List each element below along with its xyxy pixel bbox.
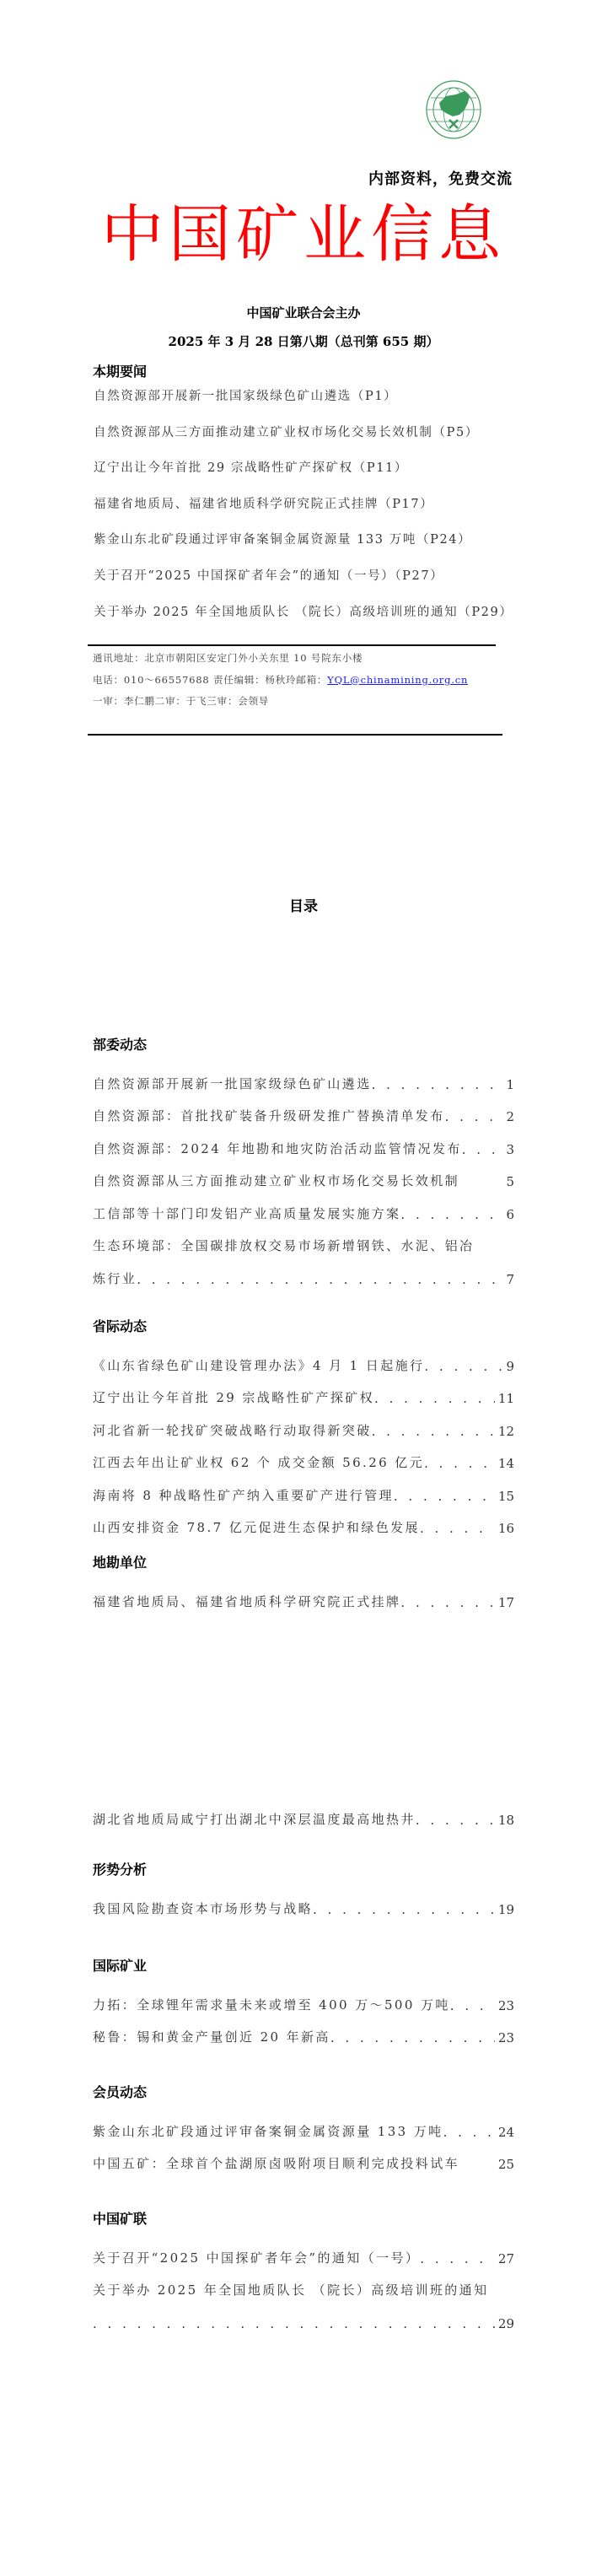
toc-section-title: 省际动态 [93, 1312, 514, 1341]
toc-section-geo-units-cont: 湖北省地质局咸宁打出湖北中深层温度最高地热井18 [93, 1795, 514, 1828]
toc-entry[interactable]: 辽宁出让今年首批 29 宗战略性矿产探矿权11 [93, 1374, 514, 1407]
toc-entry[interactable]: 海南将 8 种战略性矿产纳入重要矿产进行管理15 [93, 1471, 514, 1504]
toc-section-title: 形势分析 [93, 1856, 514, 1884]
highlight-item[interactable]: 紫金山东北矿段通过评审备案铜金属资源量 133 万吨（P24） [94, 530, 519, 566]
toc-entry[interactable]: 力拓：全球锂年需求量未来或增至 400 万～500 万吨23 [93, 1981, 514, 2013]
highlight-item[interactable]: 福建省地质局、福建省地质科学研究院正式挂牌（P17） [94, 494, 519, 531]
contact-phone-editor: 电话：010～66557688 责任编辑：杨秋玲邮箱：YQL@chinamini… [93, 673, 468, 695]
toc-section-ministry: 部委动态 自然资源部开展新一批国家级绿色矿山遴选1 自然资源部：首批找矿装备升级… [93, 1031, 514, 1287]
toc-entry[interactable]: 关于举办 2025 年全国地质队长 （院长）高级培训班的通知 [93, 2266, 514, 2299]
toc-entry[interactable]: 工信部等十部门印发铝产业高质量发展实施方案6 [93, 1189, 514, 1222]
contact-address: 通讯地址：北京市朝阳区安定门外小关东里 10 号院东小楼 [93, 651, 468, 673]
divider-top [88, 644, 496, 646]
contact-reviewers: 一审：李仁鹏二审：于飞三审：会领导 [93, 694, 468, 716]
divider-bottom [88, 734, 502, 736]
contact-block: 通讯地址：北京市朝阳区安定门外小关东里 10 号院东小楼 电话：010～6655… [93, 651, 468, 716]
highlight-item[interactable]: 关于召开“2025 中国探矿者年会”的通知（一号）（P27） [94, 566, 519, 602]
toc-entry[interactable]: 自然资源部：首批找矿装备升级研发推广替换清单发布2 [93, 1092, 514, 1125]
toc-section-provincial: 省际动态 《山东省绿色矿山建设管理办法》4 月 1 日起施行9 辽宁出让今年首批… [93, 1312, 514, 1536]
highlight-item[interactable]: 自然资源部开展新一批国家级绿色矿山遴选（P1） [94, 386, 519, 423]
internal-note: 内部资料，免费交流 [368, 167, 513, 189]
toc-entry[interactable]: 生态环境部：全国碳排放权交易市场新增钢铁、水泥、铝冶 [93, 1222, 514, 1255]
toc-entry[interactable]: 河北省新一轮找矿突破战略行动取得新突破12 [93, 1406, 514, 1439]
toc-section-title: 会员动态 [93, 2078, 514, 2107]
toc-entry[interactable]: 中国五矿：全球首个盐湖原卤吸附项目顺利完成投料试车25 [93, 2140, 514, 2173]
toc-entry[interactable]: 自然资源部从三方面推动建立矿业权市场化交易长效机制5 [93, 1157, 514, 1190]
toc-entry-continuation[interactable]: 炼行业7 [93, 1254, 514, 1287]
highlight-item[interactable]: 关于举办 2025 年全国地质队长 （院长）高级培训班的通知（P29） [94, 602, 519, 639]
toc-entry[interactable]: 自然资源部开展新一批国家级绿色矿山遴选1 [93, 1059, 514, 1092]
toc-entry[interactable]: 《山东省绿色矿山建设管理办法》4 月 1 日起施行9 [93, 1341, 514, 1374]
toc-section-international: 国际矿业 力拓：全球锂年需求量未来或增至 400 万～500 万吨23 秘鲁：锡… [93, 1952, 514, 2045]
email-link[interactable]: YQL@chinamining.org.cn [327, 674, 468, 686]
toc-section-title: 部委动态 [93, 1031, 514, 1059]
highlight-item[interactable]: 辽宁出让今年首批 29 宗战略性矿产探矿权（P11） [94, 458, 519, 494]
masthead-title: 中国矿业信息 [0, 201, 607, 269]
highlights-list: 自然资源部开展新一批国家级绿色矿山遴选（P1） 自然资源部从三方面推动建立矿业权… [94, 386, 519, 638]
toc-section-members: 会员动态 紫金山东北矿段通过评审备案铜金属资源量 133 万吨24 中国五矿：全… [93, 2078, 514, 2172]
toc-entry-continuation[interactable]: 29 [93, 2298, 514, 2331]
china-mining-association-logo [424, 78, 483, 155]
toc-entry[interactable]: 自然资源部：2024 年地勘和地灾防治活动监管情况发布3 [93, 1124, 514, 1157]
highlights-title: 本期要闻 [93, 361, 147, 380]
toc-entry[interactable]: 紫金山东北矿段通过评审备案铜金属资源量 133 万吨24 [93, 2107, 514, 2140]
toc-entry[interactable]: 福建省地质局、福建省地质科学研究院正式挂牌17 [93, 1577, 514, 1610]
toc-section-geo-units: 地勘单位 福建省地质局、福建省地质科学研究院正式挂牌17 [93, 1549, 514, 1610]
toc-entry[interactable]: 山西安排资金 78.7 亿元促进生态保护和绿色发展16 [93, 1504, 514, 1537]
toc-entry[interactable]: 我国风险勘查资本市场形势与战略19 [93, 1884, 514, 1917]
toc-section-title: 国际矿业 [93, 1952, 514, 1981]
globe-map-icon [424, 78, 483, 155]
phone-editor-text: 电话：010～66557688 责任编辑：杨秋玲邮箱： [93, 674, 327, 686]
toc-entry[interactable]: 江西去年出让矿业权 62 个 成交金额 56.26 亿元14 [93, 1439, 514, 1472]
sponsor-line: 中国矿业联合会主办 [0, 304, 607, 321]
toc-section-title: 地勘单位 [93, 1549, 514, 1577]
toc-entry[interactable]: 秘鲁：锡和黄金产量创近 20 年新高23 [93, 2013, 514, 2046]
issue-line: 2025 年 3 月 28 日第八期（总刊第 655 期） [0, 332, 607, 350]
toc-section-cma: 中国矿联 关于召开“2025 中国探矿者年会”的通知（一号）27 关于举办 20… [93, 2205, 514, 2331]
toc-section-title: 中国矿联 [93, 2205, 514, 2234]
toc-entry[interactable]: 关于召开“2025 中国探矿者年会”的通知（一号）27 [93, 2234, 514, 2266]
highlight-item[interactable]: 自然资源部从三方面推动建立矿业权市场化交易长效机制（P5） [94, 423, 519, 459]
toc-section-analysis: 形势分析 我国风险勘查资本市场形势与战略19 [93, 1856, 514, 1917]
toc-title: 目录 [0, 894, 607, 915]
toc-entry[interactable]: 湖北省地质局咸宁打出湖北中深层温度最高地热井18 [93, 1795, 514, 1828]
